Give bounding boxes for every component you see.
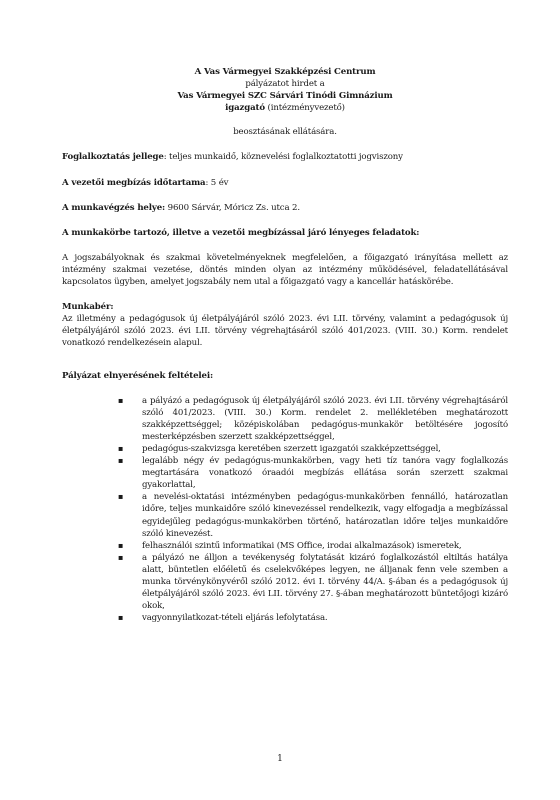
list-item: ▪a pályázó ne álljon a tevékenység folyt… <box>142 552 508 612</box>
condition-text: a pályázó a pedagógusok új életpályájáró… <box>142 396 508 442</box>
salary-heading: Munkabér: <box>62 301 508 313</box>
field-label: Foglalkoztatás jellege <box>62 152 164 162</box>
announcement-line: pályázatot hirdet a <box>62 78 508 90</box>
field-employment-type: Foglalkoztatás jellege: teljes munkaidő,… <box>62 151 508 163</box>
field-value: : 5 év <box>205 178 228 188</box>
field-duration: A vezetői megbízás időtartama: 5 év <box>62 177 508 189</box>
list-item: ▪a pályázó a pedagógusok új életpályájár… <box>142 395 508 443</box>
duties-heading: A munkakörbe tartozó, illetve a vezetői … <box>62 227 508 239</box>
organization-name: A Vas Vármegyei Szakképzési Centrum <box>62 66 508 78</box>
bullet-icon: ▪ <box>118 552 123 564</box>
bullet-icon: ▪ <box>118 540 123 552</box>
list-item: ▪a nevelési-oktatási intézményben pedagó… <box>142 491 508 539</box>
list-item: ▪vagyonnyilatkozat-tételi eljárás lefoly… <box>142 612 508 624</box>
institution-name: Vas Vármegyei SZC Sárvári Tinódi Gimnázi… <box>62 90 508 102</box>
field-value: 9600 Sárvár, Móricz Zs. utca 2. <box>165 203 300 213</box>
position-title: igazgató (intézményvezető) <box>62 102 508 114</box>
bullet-icon: ▪ <box>118 395 123 407</box>
position-note: (intézményvezető) <box>265 103 345 113</box>
list-item: ▪felhasználói szintű informatikai (MS Of… <box>142 540 508 552</box>
condition-text: pedagógus-szakvizsga keretében szerzett … <box>142 444 441 454</box>
document-page: A Vas Vármegyei Szakképzési Centrum pály… <box>62 66 508 624</box>
field-label: A vezetői megbízás időtartama <box>62 178 205 188</box>
field-workplace: A munkavégzés helye: 9600 Sárvár, Móricz… <box>62 202 508 214</box>
condition-text: a pályázó ne álljon a tevékenység folyta… <box>142 553 508 611</box>
condition-text: vagyonnyilatkozat-tételi eljárás lefolyt… <box>142 613 328 623</box>
conditions-heading: Pályázat elnyerésének feltételei: <box>62 370 508 382</box>
field-value: : teljes munkaidő, köznevelési foglalkoz… <box>164 152 403 162</box>
condition-text: legalább négy év pedagógus-munkakörben, … <box>142 456 508 490</box>
duties-text: A jogszabályoknak és szakmai követelmény… <box>62 252 508 288</box>
page-number: 1 <box>0 754 560 764</box>
condition-text: a nevelési-oktatási intézményben pedagóg… <box>142 492 508 538</box>
position-bold: igazgató <box>225 103 265 113</box>
bullet-icon: ▪ <box>118 443 123 455</box>
field-label: A munkavégzés helye: <box>62 203 165 213</box>
assignment-line: beosztásának ellátására. <box>62 126 508 138</box>
salary-text: Az illetmény a pedagógusok új életpályáj… <box>62 313 508 349</box>
list-item: ▪pedagógus-szakvizsga keretében szerzett… <box>142 443 508 455</box>
announcement-header: A Vas Vármegyei Szakképzési Centrum pály… <box>62 66 508 138</box>
condition-text: felhasználói szintű informatikai (MS Off… <box>142 541 462 551</box>
bullet-icon: ▪ <box>118 612 123 624</box>
conditions-list: ▪a pályázó a pedagógusok új életpályájár… <box>62 395 508 625</box>
list-item: ▪legalább négy év pedagógus-munkakörben,… <box>142 455 508 491</box>
bullet-icon: ▪ <box>118 455 123 467</box>
bullet-icon: ▪ <box>118 491 123 503</box>
